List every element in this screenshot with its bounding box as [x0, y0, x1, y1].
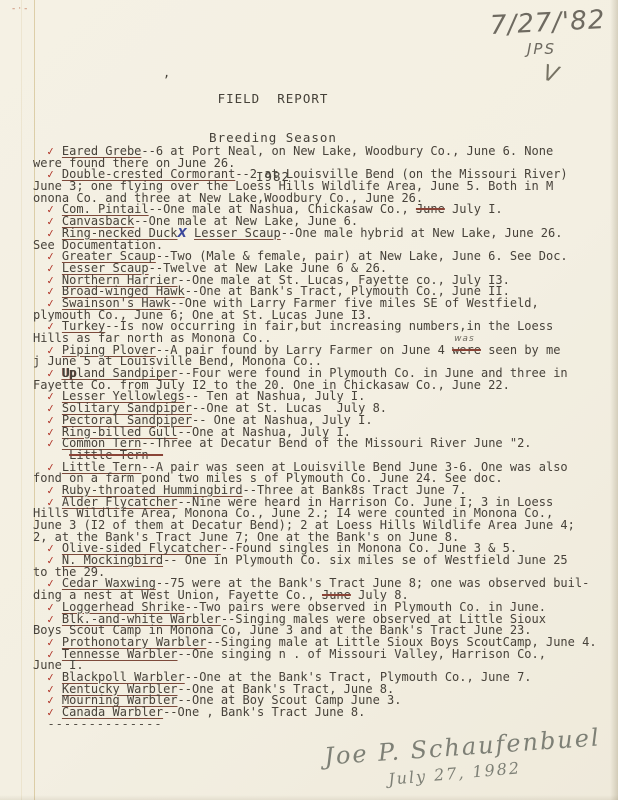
report-line: ✓ Tennesse Warbler--One singing n . of M… [33, 649, 613, 661]
scanned-document-page: -·- 7/27/'82 JPS V , FIELD REPORT Breedi… [0, 0, 618, 800]
handwritten-correction: was [454, 334, 475, 346]
paper-fold-line [21, 0, 22, 800]
hybrid-x-mark: X [178, 226, 187, 240]
handwritten-checkmark: V [541, 61, 561, 89]
report-body: ✓ Eared Grebe--6 at Port Neal, on New La… [33, 146, 613, 730]
stray-typed-comma: , [163, 66, 170, 80]
corner-ink-marks: -·- [12, 4, 30, 14]
handwritten-initials: JPS [527, 40, 556, 58]
handwritten-date: 7/27/'82 [489, 5, 606, 41]
report-line: ✓ N. Mockingbird-- One in Plymouth Co. s… [33, 555, 613, 567]
paper-edge-shadow [0, 795, 618, 800]
report-title: FIELD REPORT [185, 92, 361, 105]
species-name: Lesser Scaup [194, 226, 281, 240]
report-subtitle: Breeding Season [185, 131, 361, 144]
